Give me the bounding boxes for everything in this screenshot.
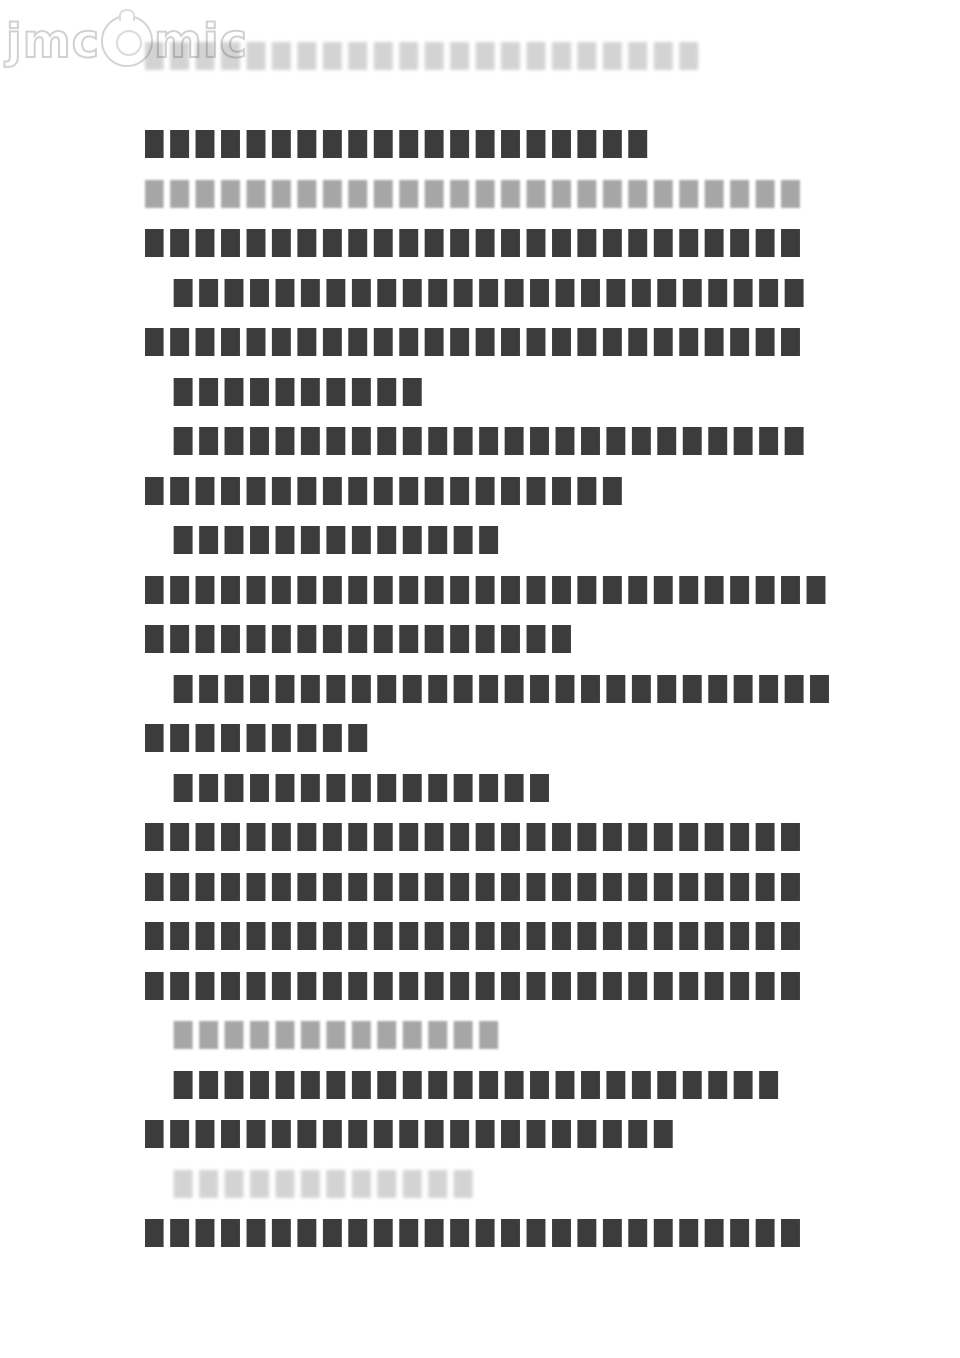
text-line: ██████████████████████████: [145, 675, 888, 703]
text-line: ███████████████████████████: [145, 576, 888, 604]
text-line: ██████████████████████████: [145, 823, 888, 851]
scanned-page: jmc mic ████████████████████████████████…: [0, 0, 960, 1358]
text-line: ██████████████████████████: [145, 328, 888, 356]
page-text: ████████████████████████████████████████…: [145, 42, 888, 1269]
text-line: █████████████: [145, 1021, 888, 1049]
text-line: ████████████: [145, 1170, 888, 1198]
text-line: ██████████████████████████: [145, 229, 888, 257]
text-line: █████████████: [145, 526, 888, 554]
text-line: ██████████████████████████: [145, 873, 888, 901]
text-line: ███████████████████: [145, 477, 888, 505]
text-line: █████████████████████████: [145, 279, 888, 307]
text-line: ███████████████: [145, 774, 888, 802]
text-line: ██████████████████████████: [145, 180, 888, 208]
watermark-text-left: jmc: [6, 14, 100, 68]
text-line: ██████████████████████████: [145, 972, 888, 1000]
text-line: ██████████████████████: [145, 42, 888, 70]
text-line: ██████████: [145, 378, 888, 406]
text-line: ████████████████████: [145, 130, 888, 158]
text-line: █████████████████████████: [145, 427, 888, 455]
text-line: ██████████████████████████: [145, 922, 888, 950]
text-line: ██████████████████████████: [145, 1219, 888, 1247]
text-line: █████████: [145, 724, 888, 752]
text-line: █████████████████: [145, 625, 888, 653]
text-line: █████████████████████: [145, 1120, 888, 1148]
text-line: ████████████████████████: [145, 1071, 888, 1099]
